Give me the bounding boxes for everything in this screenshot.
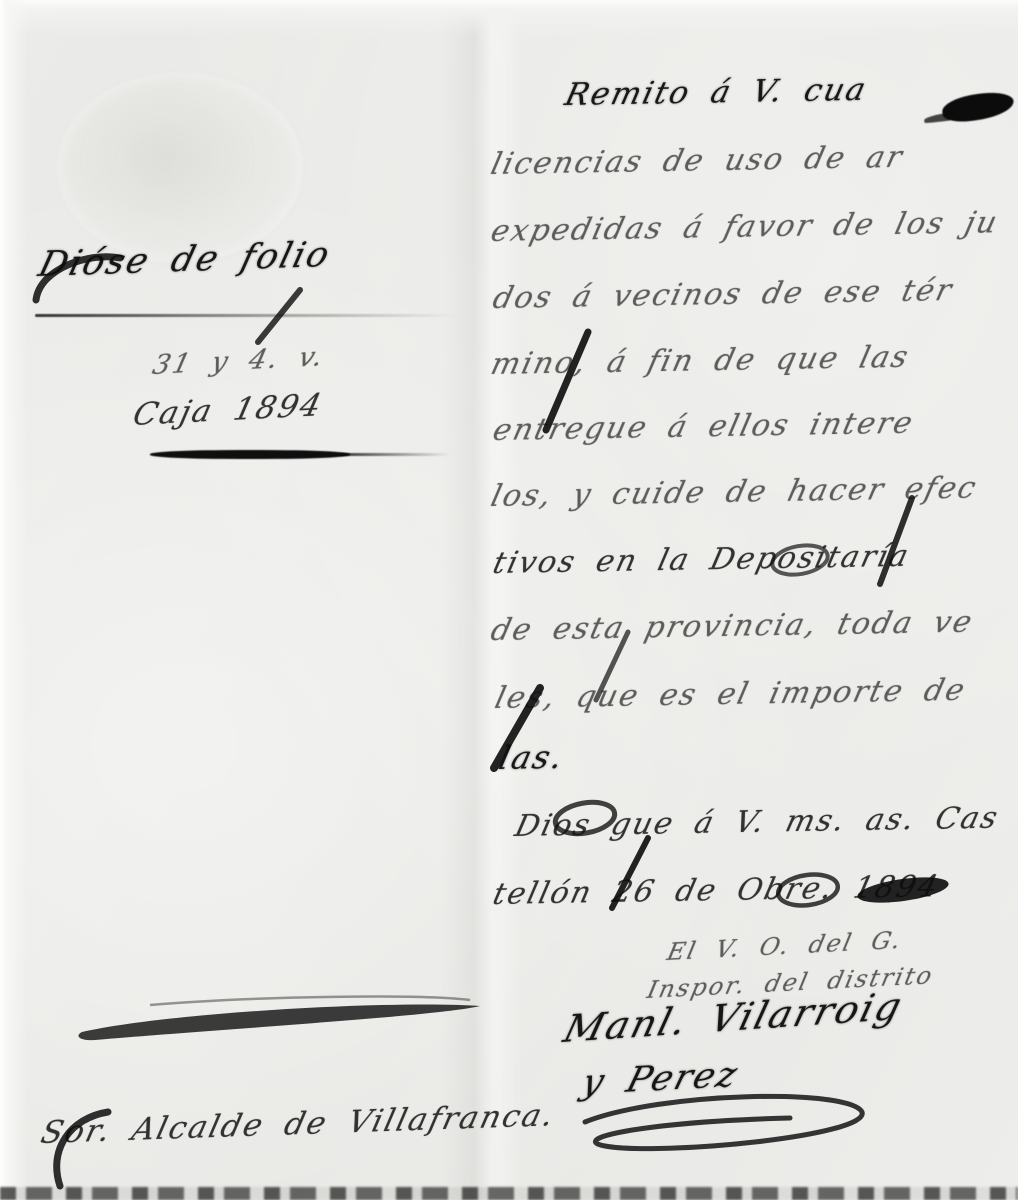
closing-line: El V. O. del G. [665, 928, 905, 964]
signature-rubric [585, 1096, 862, 1148]
scanned-letter-page: Dióse de folio 31 y 4. v. Caja 1894 Remi… [0, 0, 1018, 1200]
margin-note-line: Dióse de folio [35, 238, 334, 283]
horizontal-paraph-echo [150, 997, 470, 1005]
body-line: dos á vecinos de ese tér [490, 276, 956, 314]
body-line: Dios gue á V. ms. as. Cas [512, 804, 1002, 842]
body-line: Remito á V. cua [562, 75, 870, 111]
body-line: expedidas á favor de los ju [488, 208, 1002, 247]
body-line: tivos en la Depositaría [490, 542, 913, 579]
body-line: les, que es el importe de [492, 676, 969, 714]
addressee-line: Sor. Alcalde de Villafranca. [38, 1100, 558, 1149]
pen-strikethrough [35, 314, 455, 317]
body-line: tellón 26 de Obre. 1894 [490, 872, 942, 910]
ink-blot [941, 90, 1016, 125]
signature-line: y Perez [578, 1058, 742, 1101]
horizontal-paraph [78, 1004, 480, 1040]
margin-note-line: 31 y 4. v. [150, 343, 327, 379]
body-line: las. [496, 741, 568, 774]
embossed-seal [55, 70, 305, 265]
body-line: de esta provincia, toda ve [488, 608, 976, 646]
cutoff-text-band [0, 1187, 1018, 1200]
margin-note-line: Caja 1894 [130, 390, 326, 431]
signature-line: Manl. Vilarroig [560, 987, 907, 1048]
pen-underline-tail [340, 453, 450, 456]
body-line: entregue á ellos intere [490, 409, 917, 446]
body-line: licencias de uso de ar [488, 143, 906, 180]
body-line: mino, á fin de que las [488, 343, 912, 380]
pen-underline-smear [150, 450, 350, 459]
body-line: los, y cuide de hacer efec [488, 474, 980, 512]
